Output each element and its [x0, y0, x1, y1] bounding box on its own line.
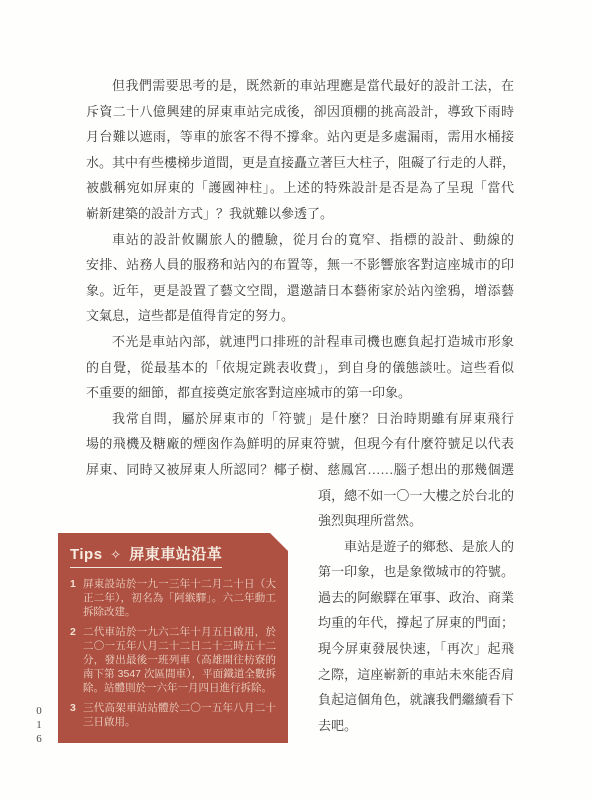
text-line: 現今屏東發展快速，「再次」起飛: [318, 636, 514, 662]
text-line: 車站的設計攸關旅人的體驗，從月台的寬窄、指標的設計、動線的: [86, 227, 514, 253]
tips-item-number: 3: [70, 701, 83, 729]
text-line: 屏東、同時又被屏東人所認同？椰子樹、慈鳳宮……腦子想出的那幾個選: [86, 457, 514, 483]
text-line: 象。近年，更是設置了藝文空間，還邀請日本藝術家於站內塗鴉，增添藝: [86, 278, 514, 304]
text-line: 水。其中有些樓梯步道間，更是直接矗立著巨大柱子，阻礙了行走的人群，: [86, 150, 514, 176]
text-line: 月台難以遮雨，等車的旅客不得不撐傘。站內更是多處漏雨，需用水桶接: [86, 124, 514, 150]
text-line: 的自覺，從最基本的「依規定跳表收費」，到自身的儀態談吐。這些看似: [86, 355, 514, 381]
text-line: 負起這個角色，就讓我們繼續看下: [318, 687, 514, 713]
tips-item: 1屏東設站於一九一三年十二月二十日（大正二年），初名為「阿緱驛」。六二年動工拆除…: [70, 577, 276, 619]
tips-item-text: 二代車站於一九六二年十月五日啟用，於二〇一五年八月二十二日二十三時五十二分，發出…: [83, 625, 276, 695]
text-line: 文氣息，這些都是值得肯定的努力。: [86, 303, 514, 329]
text-line: 第一印象，也是象徵城市的符號。: [318, 559, 514, 585]
text-line: 之際，這座嶄新的車站未來能否肩: [318, 662, 514, 688]
text-line: 不光是車站內部，就連門口排班的計程車司機也應負起打造城市形象: [86, 329, 514, 355]
book-page: 但我們需要思考的是，既然新的車站理應是當代最好的設計工法，在斥資二十八億興建的屏…: [0, 0, 591, 800]
page-number: 016: [33, 705, 45, 747]
text-line: 但我們需要思考的是，既然新的車站理應是當代最好的設計工法，在: [86, 73, 514, 99]
text-line: 不重要的細節，都直接奠定旅客對這座城市的第一印象。: [86, 380, 514, 406]
tips-box: Tips ✧ 屏東車站沿革 1屏東設站於一九一三年十二月二十日（大正二年），初名…: [58, 533, 288, 743]
text-line: 安排、站務人員的服務和站內的布置等，無一不影響旅客對這座城市的印: [86, 252, 514, 278]
sparkle-icon: ✧: [107, 547, 124, 562]
text-line: 項，總不如一〇一大樓之於台北的: [318, 483, 514, 509]
tips-title-text: 屏東車站沿革: [129, 546, 222, 563]
text-line: 嶄新建築的設計方式」？我就難以參透了。: [86, 201, 514, 227]
text-line: 強烈與理所當然。: [318, 508, 514, 534]
tips-item: 2二代車站於一九六二年十月五日啟用，於二〇一五年八月二十二日二十三時五十二分，發…: [70, 625, 276, 695]
text-line: 場的飛機及糖廠的煙囪作為鮮明的屏東符號，但現今有什麼符號足以代表: [86, 431, 514, 457]
text-line: 斥資二十八億興建的屏東車站完成後，卻因頂棚的挑高設計，導致下雨時: [86, 99, 514, 125]
tips-item-number: 1: [70, 577, 83, 619]
tips-list: 1屏東設站於一九一三年十二月二十日（大正二年），初名為「阿緱驛」。六二年動工拆除…: [70, 577, 276, 729]
tips-item: 3三代高架車站站體於二〇一五年八月二十三日啟用。: [70, 701, 276, 729]
tips-item-text: 屏東設站於一九一三年十二月二十日（大正二年），初名為「阿緱驛」。六二年動工拆除改…: [83, 577, 276, 619]
text-line: 我常自問，屬於屏東市的「符號」是什麼？日治時期雖有屏東飛行: [86, 406, 514, 432]
text-line: 車站是遊子的鄉愁、是旅人的: [318, 534, 514, 560]
tips-title-prefix: Tips: [70, 546, 103, 563]
text-line: 被戲稱宛如屏東的「護國神柱」。上述的特殊設計是否是為了呈現「當代: [86, 175, 514, 201]
tips-item-number: 2: [70, 625, 83, 695]
tips-title: Tips ✧ 屏東車站沿革: [70, 543, 222, 568]
text-line: 均重的年代，撐起了屏東的門面；: [318, 610, 514, 636]
tips-item-text: 三代高架車站站體於二〇一五年八月二十三日啟用。: [83, 701, 276, 729]
text-line: 過去的阿緱驛在軍事、政治、商業: [318, 585, 514, 611]
text-line: 去吧。: [318, 713, 514, 739]
